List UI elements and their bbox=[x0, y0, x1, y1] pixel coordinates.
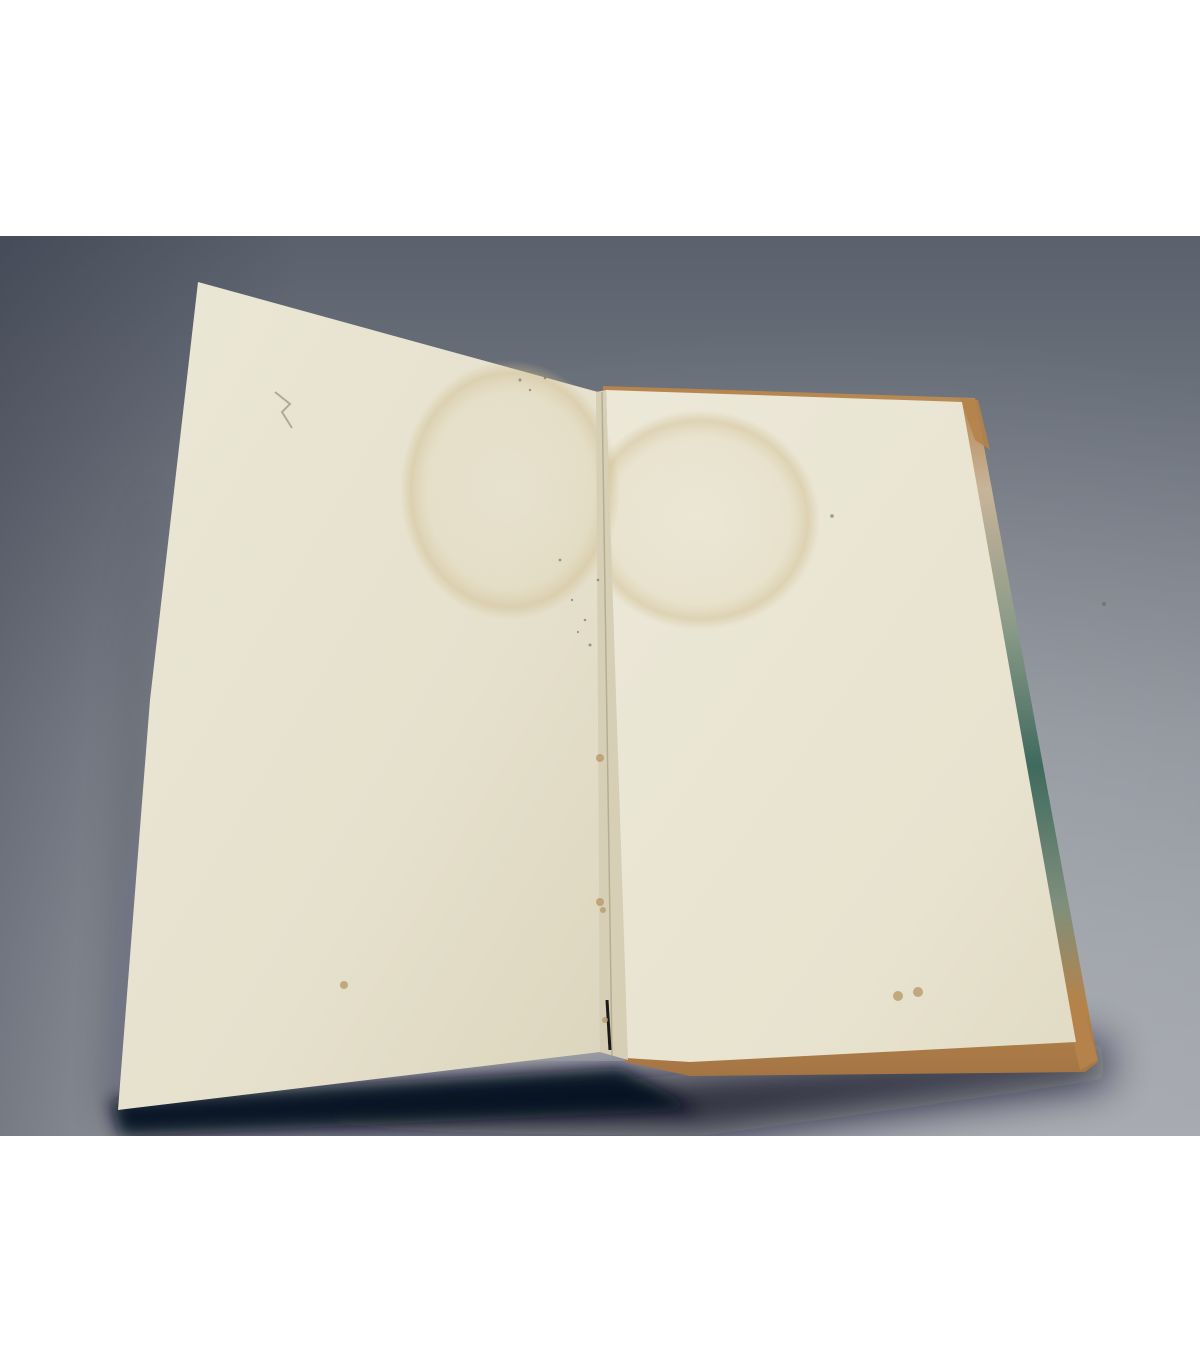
book-photo bbox=[0, 236, 1200, 1136]
open-book-illustration bbox=[0, 236, 1200, 1136]
